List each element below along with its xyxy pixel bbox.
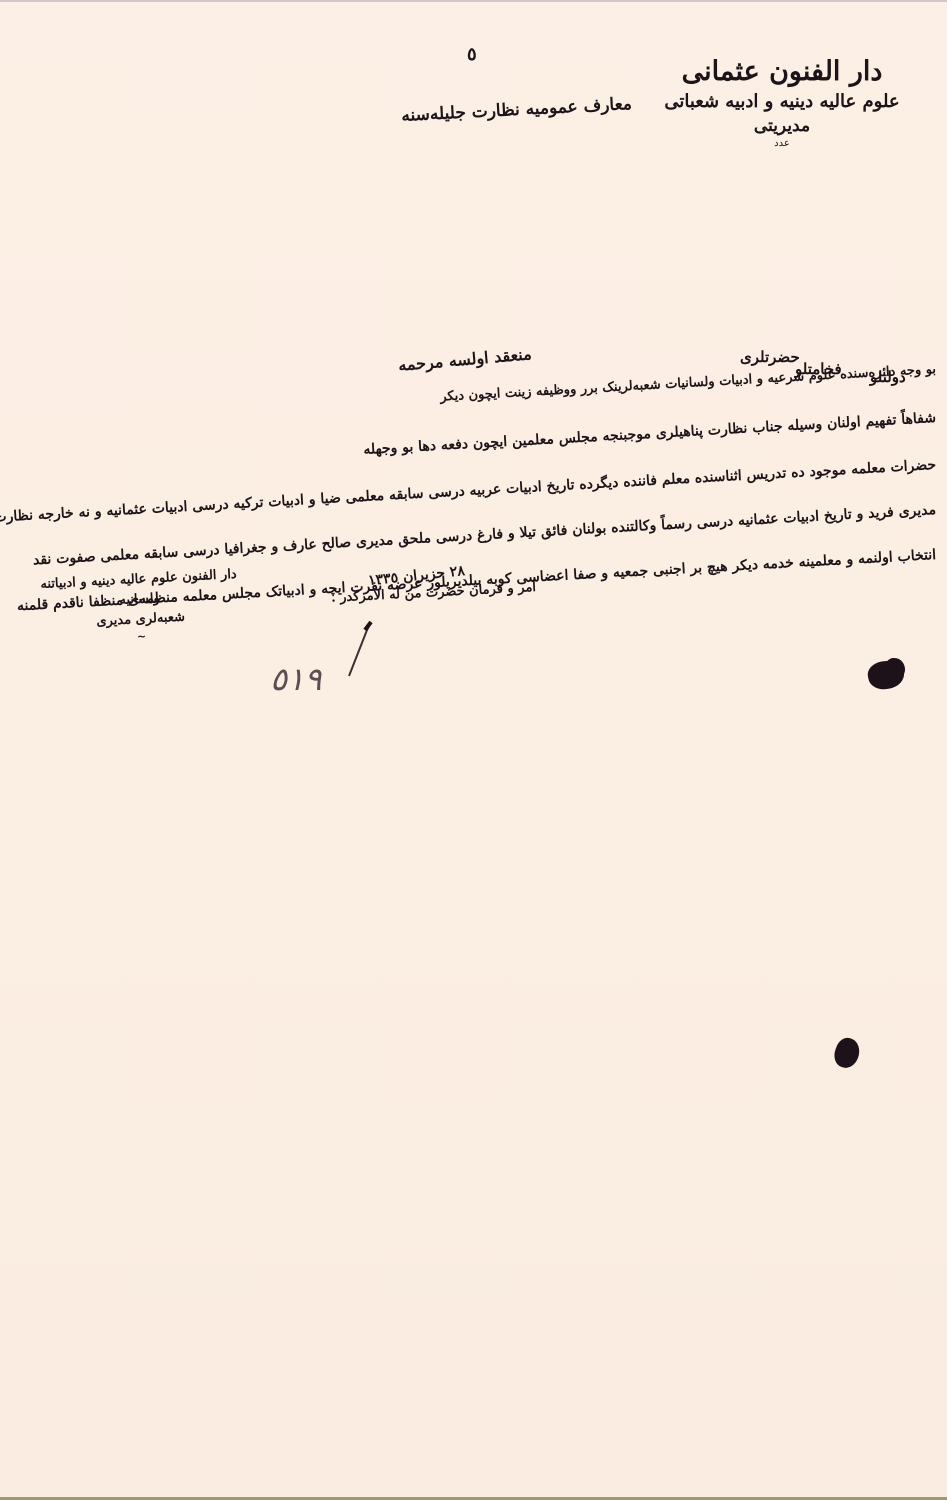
- pencil-annotation-number: ٥١٩: [270, 660, 322, 698]
- heading-note: منعقد اولسه مرحمه: [397, 344, 532, 375]
- page-number: ٥: [467, 44, 477, 65]
- letterhead-directorate: مدیریتی: [647, 115, 917, 137]
- scan-top-edge: [0, 0, 947, 2]
- letterhead: دار الفنون عثمانی علوم عالیه دینیه و ادب…: [647, 55, 917, 151]
- letterhead-number-label: عدد: [647, 137, 917, 151]
- signature-block: دار الفنون علوم عالیه دینیه و ادبیاتنه و…: [38, 565, 242, 649]
- letterhead-faculty: علوم عالیه دینیه و ادبیه شعباتی: [647, 89, 917, 115]
- ink-blot-icon: [885, 658, 905, 680]
- subject-addressee: معارف عمومیه نظارت جلیله‌سنه: [402, 94, 633, 126]
- document-page: ٥ دار الفنون عثمانی علوم عالیه دینیه و ا…: [0, 0, 947, 1500]
- salutation-word-3: حضرتلری: [740, 348, 800, 366]
- ink-blot-icon: [831, 1035, 864, 1071]
- letterhead-institution: دار الفنون عثمانی: [647, 55, 917, 89]
- pencil-stroke-icon: [345, 620, 375, 680]
